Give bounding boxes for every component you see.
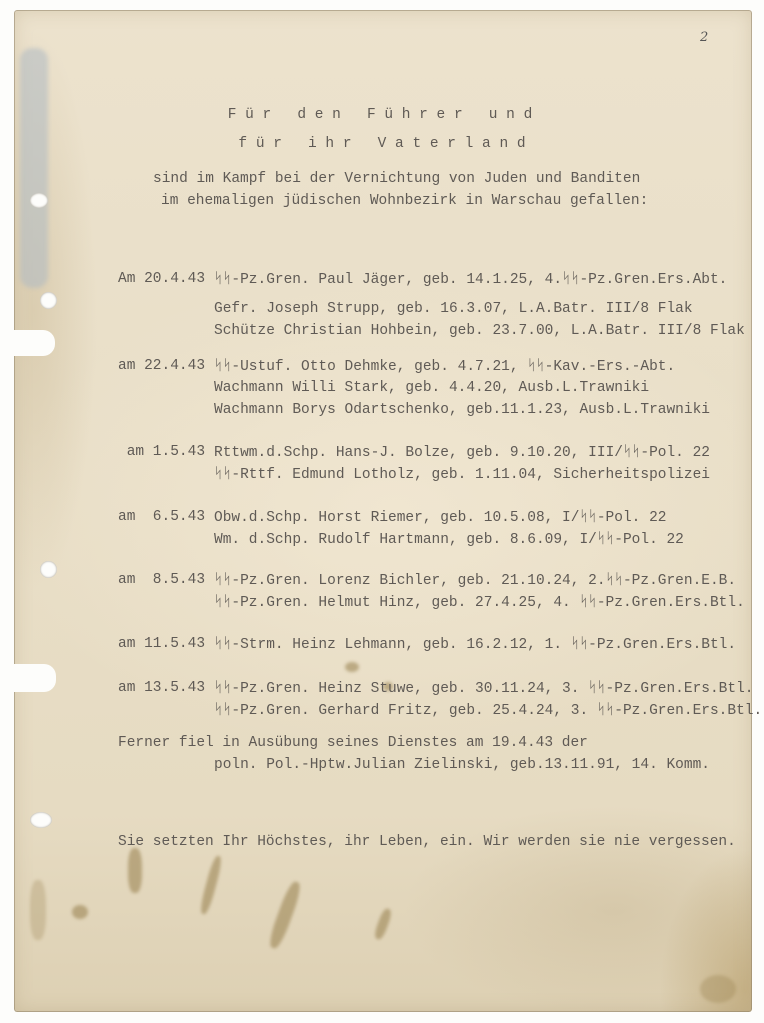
entry-text: ᛋᛋ-Pz.Gren. Heinz Stuwe, geb. 30.11.24, … — [214, 680, 753, 697]
entry-text: ᛋᛋ-Rttf. Edmund Lotholz, geb. 1.11.04, S… — [214, 466, 710, 483]
punch-hole — [40, 292, 57, 309]
heading-line-2: f ü r i h r V a t e r l a n d — [0, 136, 764, 152]
entry-date: am 22.4.43 — [118, 358, 205, 374]
entry-text: ᛋᛋ-Pz.Gren. Paul Jäger, geb. 14.1.25, 4.… — [214, 271, 727, 288]
intro-line-2: im ehemaligen jüdischen Wohnbezirk in Wa… — [161, 193, 648, 209]
stain-mark — [20, 48, 48, 288]
edge-tear — [0, 330, 55, 356]
stain-mark — [72, 905, 88, 919]
entry-text: ᛋᛋ-Ustuf. Otto Dehmke, geb. 4.7.21, ᛋᛋ-K… — [214, 358, 675, 375]
stain-mark — [30, 880, 46, 940]
punch-hole — [40, 561, 57, 578]
entry-text: ᛋᛋ-Strm. Heinz Lehmann, geb. 16.2.12, 1.… — [214, 636, 736, 653]
stain-mark — [128, 848, 142, 893]
page-number: 2 — [700, 30, 708, 45]
entry-text: Schütze Christian Hohbein, geb. 23.7.00,… — [214, 323, 745, 339]
entry-text: ᛋᛋ-Pz.Gren. Lorenz Bichler, geb. 21.10.2… — [214, 572, 736, 589]
entry-date: am 6.5.43 — [118, 509, 205, 525]
entry-date: am 13.5.43 — [118, 680, 205, 696]
entry-date: am 1.5.43 — [118, 444, 205, 460]
entry-date: am 8.5.43 — [118, 572, 205, 588]
entry-text: ᛋᛋ-Pz.Gren. Gerhard Fritz, geb. 25.4.24,… — [214, 702, 762, 719]
entry-text: Wachmann Borys Odartschenko, geb.11.1.23… — [214, 402, 710, 418]
entry-date: am 11.5.43 — [118, 636, 205, 652]
entry-text: Obw.d.Schp. Horst Riemer, geb. 10.5.08, … — [214, 509, 666, 526]
edge-tear — [0, 664, 56, 692]
punch-hole — [30, 812, 52, 828]
entry-text: ᛋᛋ-Pz.Gren. Helmut Hinz, geb. 27.4.25, 4… — [214, 594, 745, 611]
punch-hole — [30, 193, 48, 208]
entry-text: Wm. d.Schp. Rudolf Hartmann, geb. 8.6.09… — [214, 531, 684, 548]
entry-text: Rttwm.d.Schp. Hans-J. Bolze, geb. 9.10.2… — [214, 444, 710, 461]
stain-mark — [345, 662, 359, 672]
entry-text: Wachmann Willi Stark, geb. 4.4.20, Ausb.… — [214, 380, 649, 396]
entry-date: Am 20.4.43 — [118, 271, 205, 287]
closing-statement: Sie setzten Ihr Höchstes, ihr Leben, ein… — [118, 834, 736, 850]
entry-text: Gefr. Joseph Strupp, geb. 16.3.07, L.A.B… — [214, 301, 693, 317]
additional-line-2: poln. Pol.-Hptw.Julian Zielinski, geb.13… — [214, 757, 710, 773]
heading-line-1: F ü r d e n F ü h r e r u n d — [0, 107, 762, 123]
additional-line-1: Ferner fiel in Ausübung seines Dienstes … — [118, 735, 588, 751]
stain-mark — [700, 975, 736, 1003]
intro-line-1: sind im Kampf bei der Vernichtung von Ju… — [153, 171, 640, 187]
